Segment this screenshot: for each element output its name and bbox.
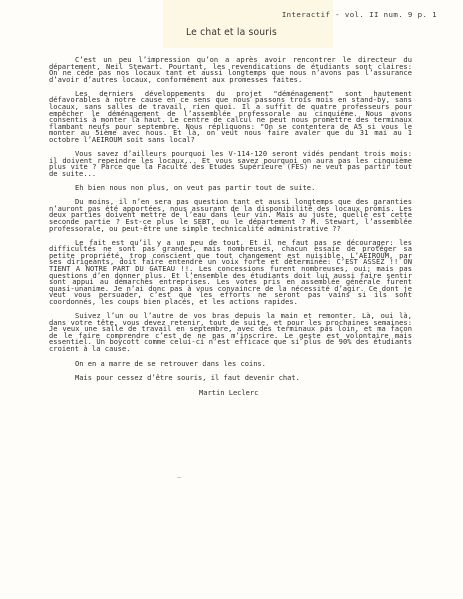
paragraph-5: Du moins, il n’en sera pas question tant…	[49, 199, 412, 232]
paragraph-7: Suivez l’un ou l’autre de vos bras depui…	[49, 313, 412, 353]
closing-line-2: Mais pour cessez d’être souris, il faut …	[49, 374, 412, 381]
paragraph-4: Eh bien nous non plus, on veut pas parti…	[49, 185, 412, 192]
paragraph-1: C’est un peu l’impression qu’on a après …	[49, 57, 412, 83]
paper-speck	[177, 477, 181, 478]
paper-tint	[163, 0, 333, 48]
article-title: Le chat et la souris	[19, 27, 445, 38]
paragraph-6: Le fait est qu’il y a un peu de tout. Et…	[49, 240, 412, 306]
article-body: C’est un peu l’impression qu’on a après …	[49, 57, 412, 397]
document-page: Interactif - vol. II num. 9 p. 1 Le chat…	[0, 0, 463, 599]
closing-line-1: On en a marre de se retrouver dans les c…	[49, 360, 412, 367]
paragraph-3: Vous savez d’ailleurs pourquoi les V-114…	[49, 151, 412, 177]
author-signature: Martin Leclerc	[49, 388, 412, 397]
running-head: Interactif - vol. II num. 9 p. 1	[282, 10, 437, 19]
paragraph-2: Les derniers développements du projet "d…	[49, 91, 412, 144]
